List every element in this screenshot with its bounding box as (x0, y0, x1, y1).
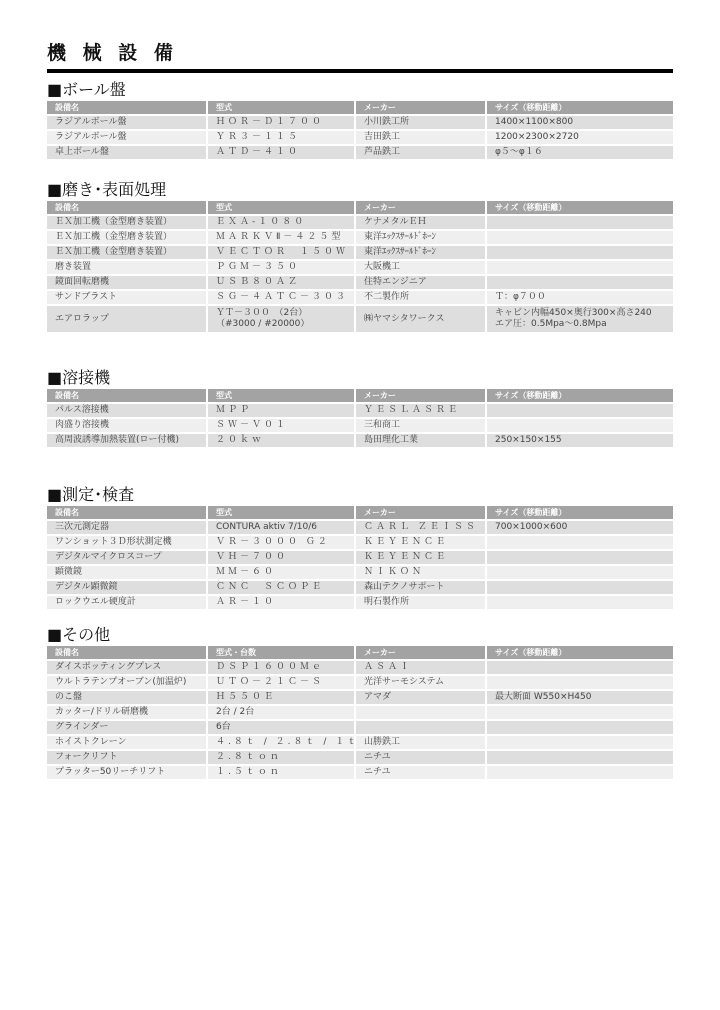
column-header-model: 型式 (208, 389, 356, 404)
column-header-model: 型式 (208, 101, 356, 116)
cell-maker: 芦品鉄工 (356, 146, 487, 161)
cell-model: ＭＡＲＫＶⅡ－４２５型 (208, 231, 356, 246)
table-row: 高周波誘導加熱装置(ロー付機)２０ｋｗ島田理化工業250×150×155 (47, 434, 673, 449)
cell-model: ＶＲ－３０００ Ｇ２ (208, 536, 356, 551)
cell-maker: 小川鉄工所 (356, 116, 487, 131)
cell-maker: ケナメタルＥＨ (356, 216, 487, 231)
cell-name: プラッター50リーチリフト (47, 766, 208, 781)
cell-maker: 不二製作所 (356, 291, 487, 306)
cell-size: 最大断面 W550×H450 (487, 691, 673, 706)
equipment-table: 設備名 型式 メーカー サイズ（移動距離） 三次元測定器CONTURA akti… (47, 506, 673, 611)
column-header-name: 設備名 (47, 201, 208, 216)
cell-size (487, 751, 673, 766)
column-header-model: 型式 (208, 201, 356, 216)
table-row: プラッター50リーチリフト１.５ｔｏｎニチユ (47, 766, 673, 781)
column-header-maker: メーカー (356, 506, 487, 521)
table-row: パルス溶接機ＭＰＰＹＥＳＬＡＳＲＥ (47, 404, 673, 419)
cell-model: CONTURA aktiv 7/10/6 (208, 521, 356, 536)
cell-model: ＤＳＰ１６００Ｍｅ (208, 661, 356, 676)
cell-model: ＹＲ３－１１５ (208, 131, 356, 146)
cell-size: 700×1000×600 (487, 521, 673, 536)
cell-size (487, 676, 673, 691)
cell-maker: 森山テクノサポート (356, 581, 487, 596)
cell-name: デジタルマイクロスコープ (47, 551, 208, 566)
table-row: 肉盛り溶接機ＳＷ－Ｖ０１三和商工 (47, 419, 673, 434)
table-row: ウルトラテンプオーブン(加温炉)ＵＴＯ－２１Ｃ－Ｓ光洋サーモシステム (47, 676, 673, 691)
cell-size: 1200×2300×2720 (487, 131, 673, 146)
cell-model: ＹＴ－３００ （2台） （#3000 / #20000） (208, 306, 356, 334)
cell-name: ＥＸ加工機（金型磨き装置） (47, 231, 208, 246)
cell-maker: 明石製作所 (356, 596, 487, 611)
equipment-table: 設備名 型式・台数 メーカー サイズ（移動距離） ダイスポッティングプレスＤＳＰ… (47, 646, 673, 781)
cell-size (487, 536, 673, 551)
cell-model: ４.８ｔ / ２.８ｔ / １ｔ (208, 736, 356, 751)
cell-size (487, 706, 673, 721)
cell-name: ロックウエル硬度計 (47, 596, 208, 611)
table-row: デジタル顕微鏡ＣＮＣ ＳＣＯＰＥ森山テクノサポート (47, 581, 673, 596)
cell-model: 6台 (208, 721, 356, 736)
column-header-size: サイズ（移動距離） (487, 201, 673, 216)
cell-model: １.５ｔｏｎ (208, 766, 356, 781)
cell-size: キャビン内幅450×奥行300×高さ240 エア圧：0.5Mpa～0.8Mpa (487, 306, 673, 334)
cell-maker: ＮＩＫＯＮ (356, 566, 487, 581)
section-measurement-inspection: ■測定･検査 設備名 型式 メーカー サイズ（移動距離） 三次元測定器CONTU… (47, 485, 673, 611)
table-header-row: 設備名 型式 メーカー サイズ（移動距離） (47, 389, 673, 404)
equipment-table: 設備名 型式 メーカー サイズ（移動距離） ＥＸ加工機（金型磨き装置）ＥＸＡ-１… (47, 201, 673, 334)
column-header-name: 設備名 (47, 506, 208, 521)
cell-size (487, 566, 673, 581)
cell-model: 2台 / 2台 (208, 706, 356, 721)
cell-maker: ＫＥＹＥＮＣＥ (356, 551, 487, 566)
equipment-table: 設備名 型式 メーカー サイズ（移動距離） パルス溶接機ＭＰＰＹＥＳＬＡＳＲＥ … (47, 389, 673, 449)
cell-size (487, 581, 673, 596)
cell-name: ホイストクレーン (47, 736, 208, 751)
table-header-row: 設備名 型式 メーカー サイズ（移動距離） (47, 506, 673, 521)
cell-name: ラジアルボール盤 (47, 116, 208, 131)
cell-maker: 三和商工 (356, 419, 487, 434)
cell-size (487, 404, 673, 419)
section-heading: ■その他 (47, 625, 673, 645)
table-row: ＥＸ加工機（金型磨き装置）ＶＥＣＴＯＲ １５０Ｗ東洋ｴｯｸｽｻｰﾙﾄﾞﾎｰﾝ (47, 246, 673, 261)
table-row: エアロラップＹＴ－３００ （2台） （#3000 / #20000）㈱ヤマシタワ… (47, 306, 673, 334)
cell-model: ＶＥＣＴＯＲ １５０Ｗ (208, 246, 356, 261)
table-row: デジタルマイクロスコープＶＨ－７００ＫＥＹＥＮＣＥ (47, 551, 673, 566)
cell-maker: 東洋ｴｯｸｽｻｰﾙﾄﾞﾎｰﾝ (356, 231, 487, 246)
table-row: 三次元測定器CONTURA aktiv 7/10/6ＣＡＲＬ ＺＥＩＳＳ700×… (47, 521, 673, 536)
cell-name: パルス溶接機 (47, 404, 208, 419)
cell-maker (356, 706, 487, 721)
cell-size (487, 766, 673, 781)
table-row: 卓上ボール盤ＡＴＤ－４１０芦品鉄工φ５～φ１６ (47, 146, 673, 161)
cell-model: Ｈ５５０Ｅ (208, 691, 356, 706)
cell-maker: 吉田鉄工 (356, 131, 487, 146)
table-row: ホイストクレーン４.８ｔ / ２.８ｔ / １ｔ山勝鉄工 (47, 736, 673, 751)
cell-maker: 山勝鉄工 (356, 736, 487, 751)
section-polishing-surface-treatment: ■磨き･表面処理 設備名 型式 メーカー サイズ（移動距離） ＥＸ加工機（金型磨… (47, 180, 673, 334)
cell-model: ＶＨ－７００ (208, 551, 356, 566)
table-row: 鏡面回転磨機ＵＳＢ８０ＡＺ住特エンジニア (47, 276, 673, 291)
table-row: サンドブラストＳＧ－４ＡＴＣ－３０３不二製作所Ｔ：φ７００ (47, 291, 673, 306)
section-heading: ■ボール盤 (47, 80, 673, 100)
cell-maker: 大阪機工 (356, 261, 487, 276)
section-heading: ■溶接機 (47, 368, 673, 388)
cell-maker: アマダ (356, 691, 487, 706)
cell-size (487, 216, 673, 231)
cell-model: ＣＮＣ ＳＣＯＰＥ (208, 581, 356, 596)
table-row: カッター/ドリル研磨機2台 / 2台 (47, 706, 673, 721)
cell-size (487, 246, 673, 261)
table-header-row: 設備名 型式 メーカー サイズ（移動距離） (47, 101, 673, 116)
cell-model: ２.８ｔｏｎ (208, 751, 356, 766)
section-drilling-machines: ■ボール盤 設備名 型式 メーカー サイズ（移動距離） ラジアルボール盤ＨＯＲ－… (47, 80, 673, 161)
cell-maker: ＹＥＳＬＡＳＲＥ (356, 404, 487, 419)
cell-size (487, 661, 673, 676)
section-other-equipment: ■その他 設備名 型式・台数 メーカー サイズ（移動距離） ダイスポッティングプ… (47, 625, 673, 781)
table-row: 磨き装置ＰＧＭ－３５０大阪機工 (47, 261, 673, 276)
cell-model: ＭＰＰ (208, 404, 356, 419)
column-header-name: 設備名 (47, 101, 208, 116)
cell-model: ＡＴＤ－４１０ (208, 146, 356, 161)
cell-name: ラジアルボール盤 (47, 131, 208, 146)
cell-model: ２０ｋｗ (208, 434, 356, 449)
cell-maker: ＡＳＡＩ (356, 661, 487, 676)
cell-name: 磨き装置 (47, 261, 208, 276)
table-row: ＥＸ加工機（金型磨き装置）ＥＸＡ-１０８０ケナメタルＥＨ (47, 216, 673, 231)
column-header-maker: メーカー (356, 389, 487, 404)
cell-maker: ＣＡＲＬ ＺＥＩＳＳ (356, 521, 487, 536)
cell-name: フォークリフト (47, 751, 208, 766)
cell-name: ＥＸ加工機（金型磨き装置） (47, 216, 208, 231)
column-header-model: 型式 (208, 506, 356, 521)
page-title: 機 械 設 備 (47, 38, 178, 65)
cell-name: エアロラップ (47, 306, 208, 334)
cell-model: ＳＧ－４ＡＴＣ－３０３ (208, 291, 356, 306)
cell-maker: 住特エンジニア (356, 276, 487, 291)
table-row: ＥＸ加工機（金型磨き装置）ＭＡＲＫＶⅡ－４２５型東洋ｴｯｸｽｻｰﾙﾄﾞﾎｰﾝ (47, 231, 673, 246)
cell-model: ＰＧＭ－３５０ (208, 261, 356, 276)
table-row: フォークリフト２.８ｔｏｎニチユ (47, 751, 673, 766)
cell-name: カッター/ドリル研磨機 (47, 706, 208, 721)
section-heading: ■測定･検査 (47, 485, 673, 505)
column-header-size: サイズ（移動距離） (487, 646, 673, 661)
cell-maker: 東洋ｴｯｸｽｻｰﾙﾄﾞﾎｰﾝ (356, 246, 487, 261)
cell-maker: ㈱ヤマシタワークス (356, 306, 487, 334)
cell-size (487, 721, 673, 736)
cell-maker: ＫＥＹＥＮＣＥ (356, 536, 487, 551)
cell-model: ＵＳＢ８０ＡＺ (208, 276, 356, 291)
cell-name: 顕微鏡 (47, 566, 208, 581)
cell-size (487, 736, 673, 751)
cell-name: 鏡面回転磨機 (47, 276, 208, 291)
cell-name: 三次元測定器 (47, 521, 208, 536)
title-divider (47, 69, 673, 73)
cell-name: のこ盤 (47, 691, 208, 706)
column-header-name: 設備名 (47, 389, 208, 404)
column-header-maker: メーカー (356, 646, 487, 661)
cell-model: ＵＴＯ－２１Ｃ－Ｓ (208, 676, 356, 691)
cell-model: ＥＸＡ-１０８０ (208, 216, 356, 231)
cell-size (487, 419, 673, 434)
section-welding-machines: ■溶接機 設備名 型式 メーカー サイズ（移動距離） パルス溶接機ＭＰＰＹＥＳＬ… (47, 368, 673, 449)
column-header-maker: メーカー (356, 201, 487, 216)
cell-name: ウルトラテンプオーブン(加温炉) (47, 676, 208, 691)
cell-maker: 島田理化工業 (356, 434, 487, 449)
section-heading: ■磨き･表面処理 (47, 180, 673, 200)
cell-size (487, 276, 673, 291)
cell-model: ＨＯＲ－Ｄ１７００ (208, 116, 356, 131)
table-row: ダイスポッティングプレスＤＳＰ１６００ＭｅＡＳＡＩ (47, 661, 673, 676)
table-row: のこ盤Ｈ５５０Ｅアマダ最大断面 W550×H450 (47, 691, 673, 706)
cell-name: サンドブラスト (47, 291, 208, 306)
column-header-model-quantity: 型式・台数 (208, 646, 356, 661)
column-header-maker: メーカー (356, 101, 487, 116)
table-row: 顕微鏡ＭＭ－６０ＮＩＫＯＮ (47, 566, 673, 581)
table-header-row: 設備名 型式・台数 メーカー サイズ（移動距離） (47, 646, 673, 661)
column-header-size: サイズ（移動距離） (487, 389, 673, 404)
cell-size (487, 231, 673, 246)
cell-maker: ニチユ (356, 751, 487, 766)
table-row: ロックウエル硬度計ＡＲ－１０明石製作所 (47, 596, 673, 611)
cell-maker: ニチユ (356, 766, 487, 781)
cell-model: ＡＲ－１０ (208, 596, 356, 611)
cell-name: ＥＸ加工機（金型磨き装置） (47, 246, 208, 261)
cell-size (487, 596, 673, 611)
table-row: ラジアルボール盤ＹＲ３－１１５吉田鉄工1200×2300×2720 (47, 131, 673, 146)
cell-name: 肉盛り溶接機 (47, 419, 208, 434)
cell-size: Ｔ：φ７００ (487, 291, 673, 306)
cell-maker (356, 721, 487, 736)
cell-size: 1400×1100×800 (487, 116, 673, 131)
cell-name: デジタル顕微鏡 (47, 581, 208, 596)
cell-model: ＳＷ－Ｖ０１ (208, 419, 356, 434)
column-header-size: サイズ（移動距離） (487, 506, 673, 521)
cell-name: ワンショット３Ｄ形状測定機 (47, 536, 208, 551)
cell-size: 250×150×155 (487, 434, 673, 449)
equipment-table: 設備名 型式 メーカー サイズ（移動距離） ラジアルボール盤ＨＯＲ－Ｄ１７００小… (47, 101, 673, 161)
cell-maker: 光洋サーモシステム (356, 676, 487, 691)
cell-model: ＭＭ－６０ (208, 566, 356, 581)
cell-size (487, 551, 673, 566)
cell-name: 高周波誘導加熱装置(ロー付機) (47, 434, 208, 449)
cell-name: グラインダー (47, 721, 208, 736)
table-row: グラインダー6台 (47, 721, 673, 736)
table-header-row: 設備名 型式 メーカー サイズ（移動距離） (47, 201, 673, 216)
table-row: ラジアルボール盤ＨＯＲ－Ｄ１７００小川鉄工所1400×1100×800 (47, 116, 673, 131)
cell-size: φ５～φ１６ (487, 146, 673, 161)
table-row: ワンショット３Ｄ形状測定機ＶＲ－３０００ Ｇ２ＫＥＹＥＮＣＥ (47, 536, 673, 551)
column-header-name: 設備名 (47, 646, 208, 661)
cell-name: ダイスポッティングプレス (47, 661, 208, 676)
column-header-size: サイズ（移動距離） (487, 101, 673, 116)
cell-size (487, 261, 673, 276)
cell-name: 卓上ボール盤 (47, 146, 208, 161)
